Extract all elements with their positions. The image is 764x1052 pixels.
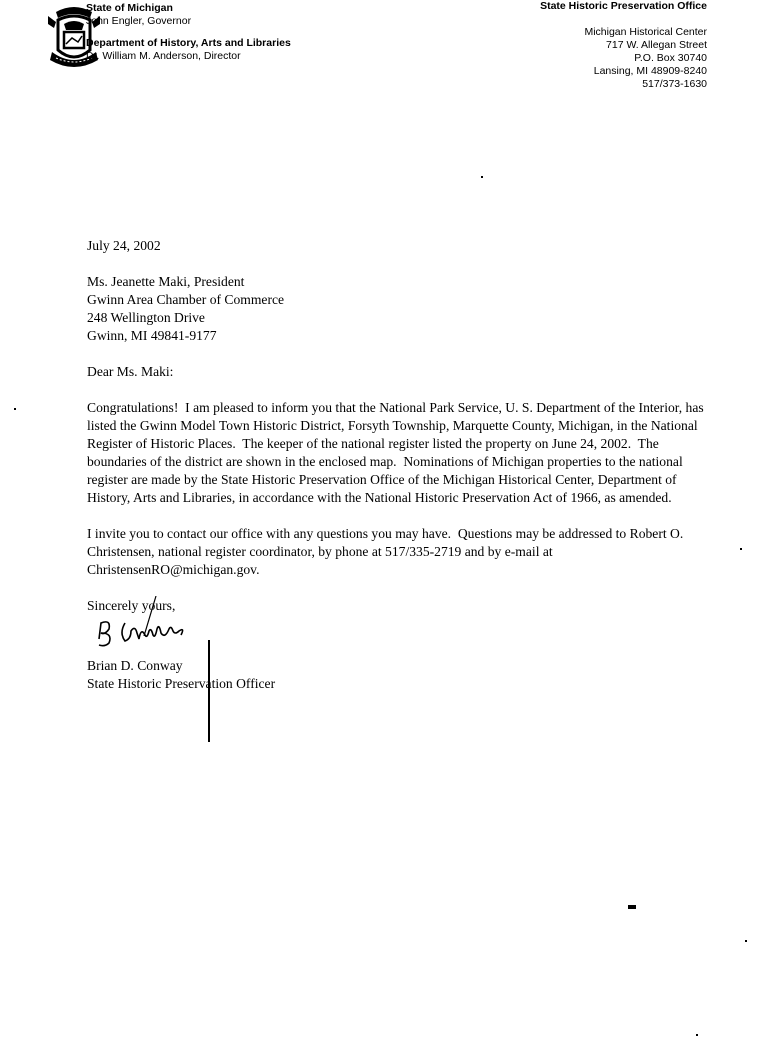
handwritten-signature-icon: [95, 609, 225, 655]
scan-artifact: [745, 940, 747, 942]
letterhead-left: State of Michigan John Engler, Governor …: [86, 2, 291, 63]
office-title: State Historic Preservation Office: [540, 0, 707, 13]
scan-artifact: [14, 408, 16, 410]
office-phone: 517/373-1630: [540, 78, 707, 91]
body-paragraph: Congratulations! I am pleased to inform …: [87, 399, 707, 507]
state-name: State of Michigan: [86, 2, 291, 15]
scan-artifact: [740, 548, 742, 550]
office-address-line: P.O. Box 30740: [540, 52, 707, 65]
signer-title: State Historic Preservation Officer: [87, 675, 707, 693]
recipient-line: Gwinn Area Chamber of Commerce: [87, 291, 707, 309]
letter-body: July 24, 2002 Ms. Jeanette Maki, Preside…: [87, 237, 707, 693]
scan-artifact: [481, 176, 483, 178]
signature: [87, 615, 707, 657]
signer-name: Brian D. Conway: [87, 657, 707, 675]
director-name: Dr. William M. Anderson, Director: [86, 50, 291, 63]
recipient-line: Gwinn, MI 49841-9177: [87, 327, 707, 345]
office-address-line: Michigan Historical Center: [540, 26, 707, 39]
office-address-line: Lansing, MI 48909-8240: [540, 65, 707, 78]
recipient-line: Ms. Jeanette Maki, President: [87, 273, 707, 291]
pen-stroke-line: [208, 640, 210, 742]
recipient-address: Ms. Jeanette Maki, President Gwinn Area …: [87, 273, 707, 345]
scan-artifact: [696, 1034, 698, 1036]
scan-artifact: [628, 905, 636, 909]
department-name: Department of History, Arts and Librarie…: [86, 37, 291, 50]
pen-stroke-icon: [140, 596, 160, 636]
office-address-line: 717 W. Allegan Street: [540, 39, 707, 52]
office-address-block: State Historic Preservation Office Michi…: [540, 0, 707, 91]
body-paragraph: I invite you to contact our office with …: [87, 525, 707, 579]
salutation: Dear Ms. Maki:: [87, 363, 707, 381]
letter-date: July 24, 2002: [87, 237, 707, 255]
recipient-line: 248 Wellington Drive: [87, 309, 707, 327]
governor-name: John Engler, Governor: [86, 15, 291, 28]
